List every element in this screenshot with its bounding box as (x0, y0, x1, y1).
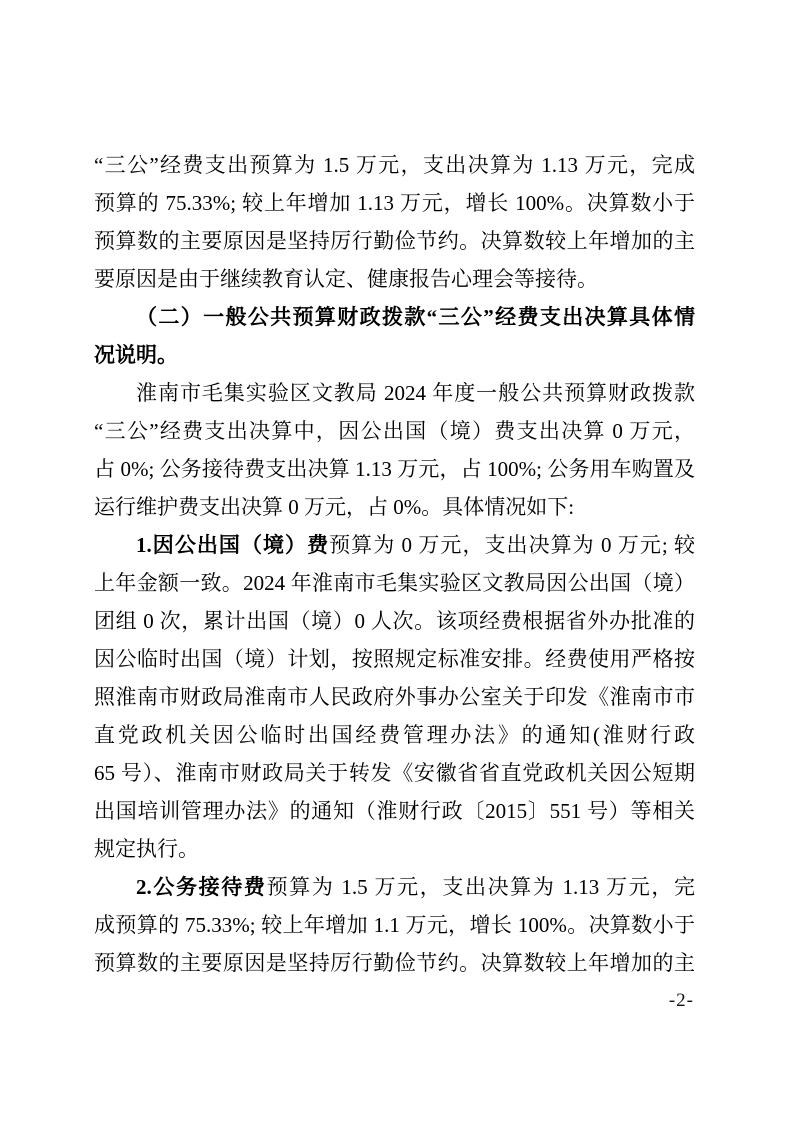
bold-run: 2.公务接待费 (136, 875, 267, 899)
page-footer: -2- (669, 990, 694, 1012)
page-number: -2- (669, 990, 694, 1011)
para-section-2-heading: （二）一般公共预算财政拨款“三公”经费支出决算具体情况说明。 (94, 298, 695, 374)
text-line: 预算的 75.33%; 较上年增加 1.13 万元，增长 100%。决算数小于 (94, 184, 695, 222)
text-line: 65 号）、淮南市财政局关于转发《安徽省省直党政机关因公短期 (94, 754, 695, 792)
text-line: 照淮南市财政局淮南市人民政府外事办公室关于印发《淮南市市 (94, 678, 695, 716)
text-line: 淮南市毛集实验区文教局 2024 年度一般公共预算财政拨款 (94, 374, 695, 412)
text-line: 1.因公出国（境）费预算为 0 万元，支出决算为 0 万元; 较 (94, 526, 695, 564)
text-line: 因公临时出国（境）计划，按照规定标准安排。经费使用严格按 (94, 640, 695, 678)
para-item-1-overseas-travel: 1.因公出国（境）费预算为 0 万元，支出决算为 0 万元; 较上年金额一致。2… (94, 526, 695, 868)
text-line: “三公”经费支出决算中，因公出国（境）费支出决算 0 万元， (94, 412, 695, 450)
text-line: 出国培训管理办法》的通知（淮财行政〔2015〕551 号）等相关 (94, 792, 695, 830)
text-line: （二）一般公共预算财政拨款“三公”经费支出决算具体情 (94, 298, 695, 336)
bold-run: 1.因公出国（境）费 (136, 533, 329, 557)
document-body: “三公”经费支出预算为 1.5 万元，支出决算为 1.13 万元，完成预算的 7… (94, 146, 695, 982)
text-line: 2.公务接待费预算为 1.5 万元，支出决算为 1.13 万元，完 (94, 868, 695, 906)
text-line: 上年金额一致。2024 年淮南市毛集实验区文教局因公出国（境） (94, 564, 695, 602)
text-line: 占 0%; 公务接待费支出决算 1.13 万元，占 100%; 公务用车购置及 (94, 450, 695, 488)
para-item-2-official-reception: 2.公务接待费预算为 1.5 万元，支出决算为 1.13 万元，完成预算的 75… (94, 868, 695, 982)
text-line: 团组 0 次，累计出国（境）0 人次。该项经费根据省外办批准的 (94, 602, 695, 640)
text-line: 预算数的主要原因是坚持厉行勤俭节约。决算数较上年增加的主 (94, 222, 695, 260)
text-line: 预算数的主要原因是坚持厉行勤俭节约。决算数较上年增加的主 (94, 944, 695, 982)
text-line: 规定执行。 (94, 830, 695, 868)
text-line: “三公”经费支出预算为 1.5 万元，支出决算为 1.13 万元，完成 (94, 146, 695, 184)
text-line: 要原因是由于继续教育认定、健康报告心理会等接待。 (94, 260, 695, 298)
para-sangong-breakdown-overview: 淮南市毛集实验区文教局 2024 年度一般公共预算财政拨款“三公”经费支出决算中… (94, 374, 695, 526)
text-line: 运行维护费支出决算 0 万元，占 0%。具体情况如下: (94, 488, 695, 526)
document-page: “三公”经费支出预算为 1.5 万元，支出决算为 1.13 万元，完成预算的 7… (0, 0, 793, 1122)
text-line: 成预算的 75.33%; 较上年增加 1.1 万元，增长 100%。决算数小于 (94, 906, 695, 944)
text-line: 况说明。 (94, 336, 695, 374)
para-sangong-total-summary: “三公”经费支出预算为 1.5 万元，支出决算为 1.13 万元，完成预算的 7… (94, 146, 695, 298)
text-line: 直党政机关因公临时出国经费管理办法》的通知(淮财行政〔2014〕 (94, 716, 695, 754)
